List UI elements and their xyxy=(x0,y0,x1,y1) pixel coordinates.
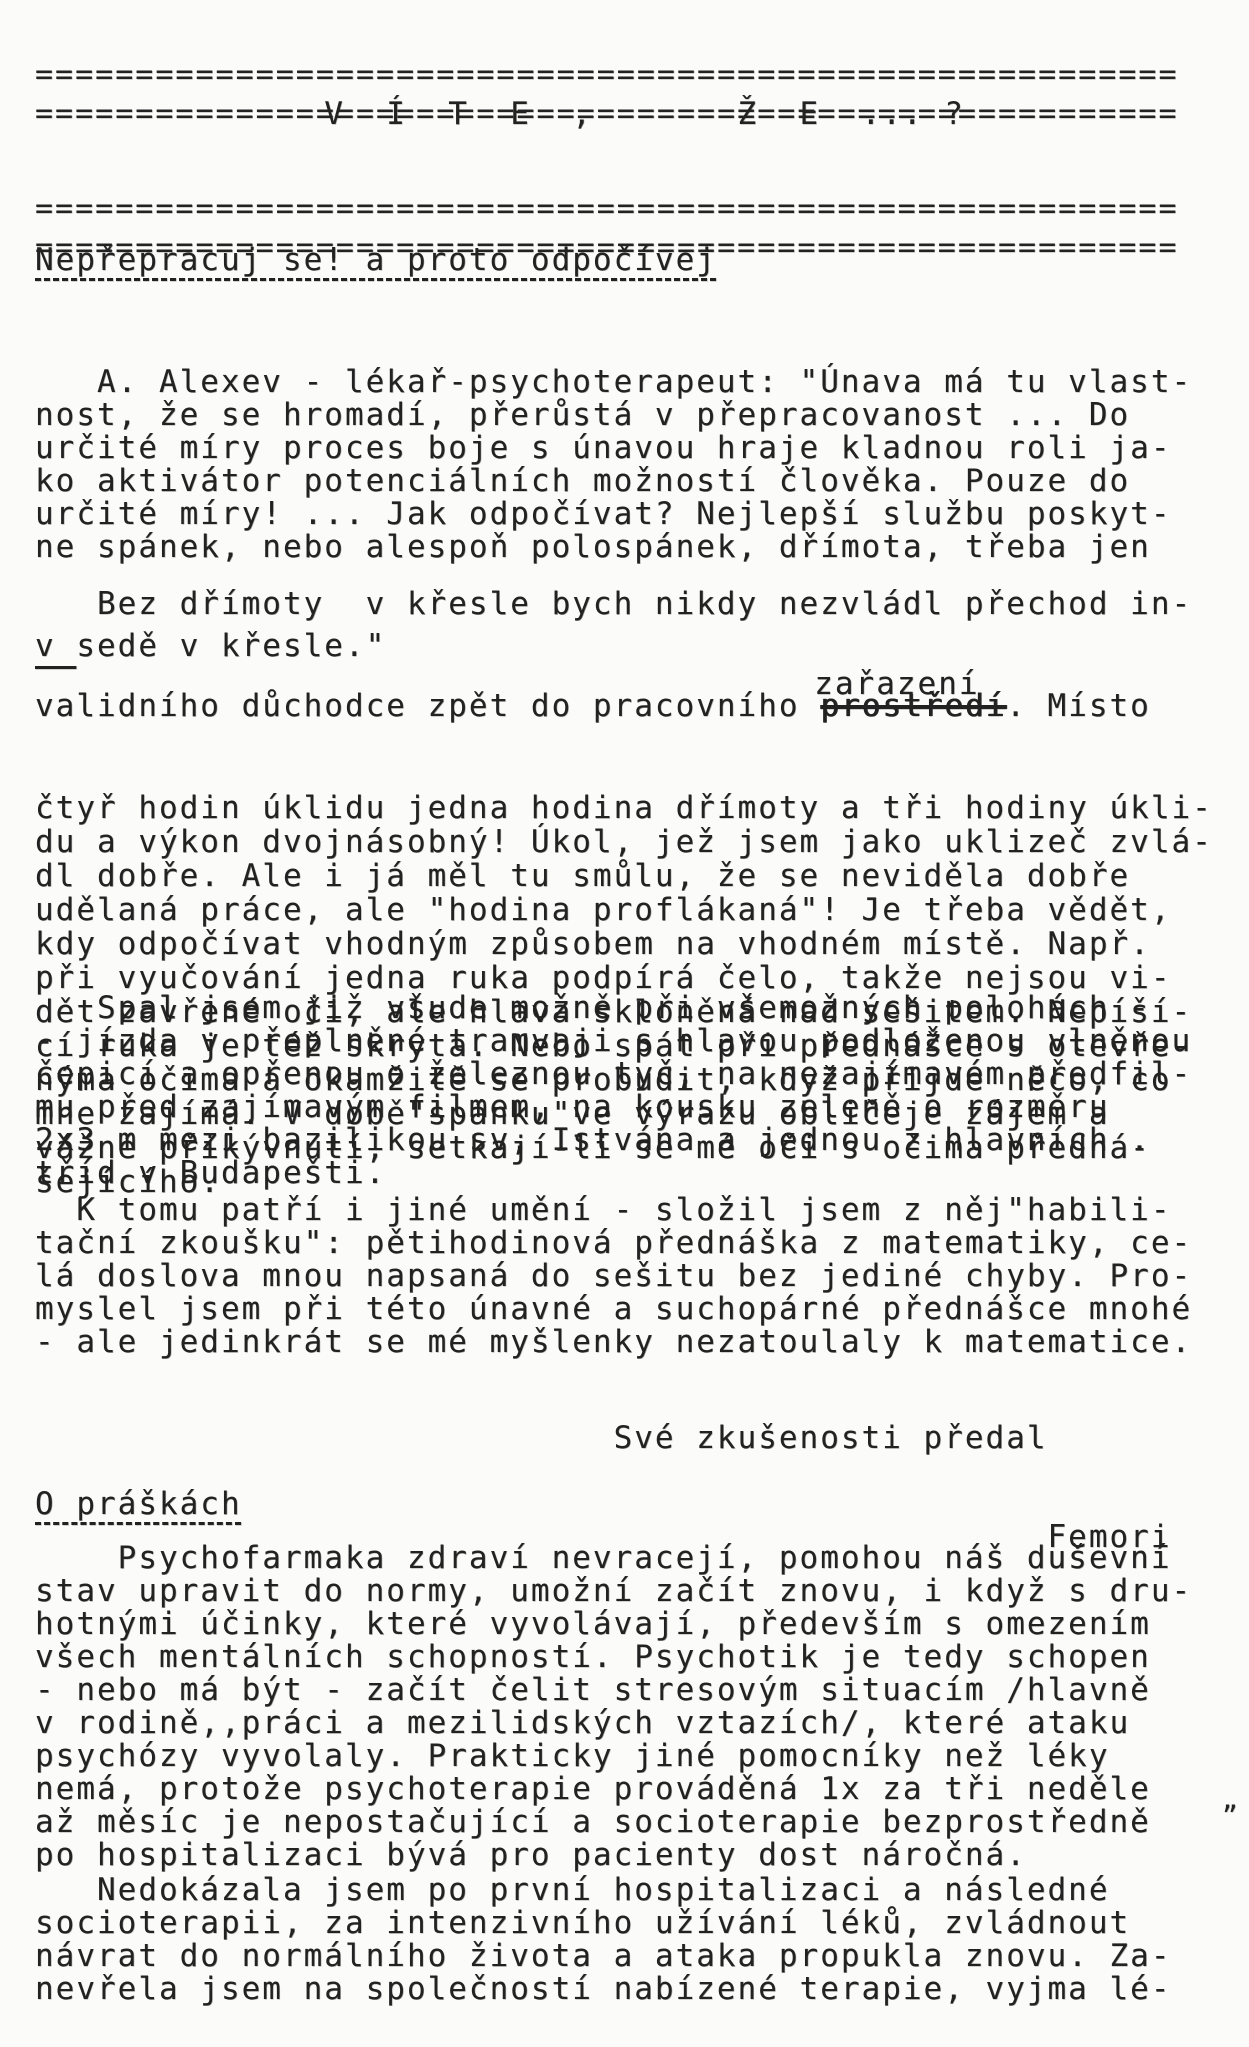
section1-heading: Nepřepracuj se! a proto odpočívej xyxy=(35,244,717,277)
typewriter-correction: prostředízařazení xyxy=(820,688,1006,724)
signoff-line: Své zkušenosti předal xyxy=(35,1422,1172,1455)
stray-mark: ” xyxy=(1222,1800,1240,1833)
section1-paragraph3: Spal jsem již všude možně při všemožných… xyxy=(35,992,1192,1190)
paragraph-line: Bez dřímoty v křesle bych nikdy nezvládl… xyxy=(35,587,1213,621)
corrected-line: validního důchodce zpět do pracovního pr… xyxy=(35,689,1213,723)
section1-heading-text: Nepřepracuj se! a proto odpočívej xyxy=(35,242,717,278)
typewritten-document-page: ========================================… xyxy=(0,0,1249,2047)
section1-paragraph4: K tomu patří i jiné umění - složil jsem … xyxy=(35,1194,1192,1359)
divider-row: ========================================… xyxy=(35,68,1179,81)
correction-word-above: zařazení xyxy=(814,667,979,701)
section2-paragraph1: Psychofarmaka zdraví nevracejí, pomohou … xyxy=(35,1542,1192,1872)
line-pre: validního důchodce zpět do pracovního xyxy=(35,688,820,724)
section2-heading: O práškách xyxy=(35,1488,242,1521)
section2-paragraph2: Nedokázala jsem po první hospitalizaci a… xyxy=(35,1874,1172,2006)
section2-heading-text: O práškách xyxy=(35,1486,242,1522)
page-title: V Í T E , Ž E ... ? xyxy=(35,98,965,131)
line-post: . Místo xyxy=(1006,688,1151,724)
divider-row: ========================================… xyxy=(35,202,1179,215)
